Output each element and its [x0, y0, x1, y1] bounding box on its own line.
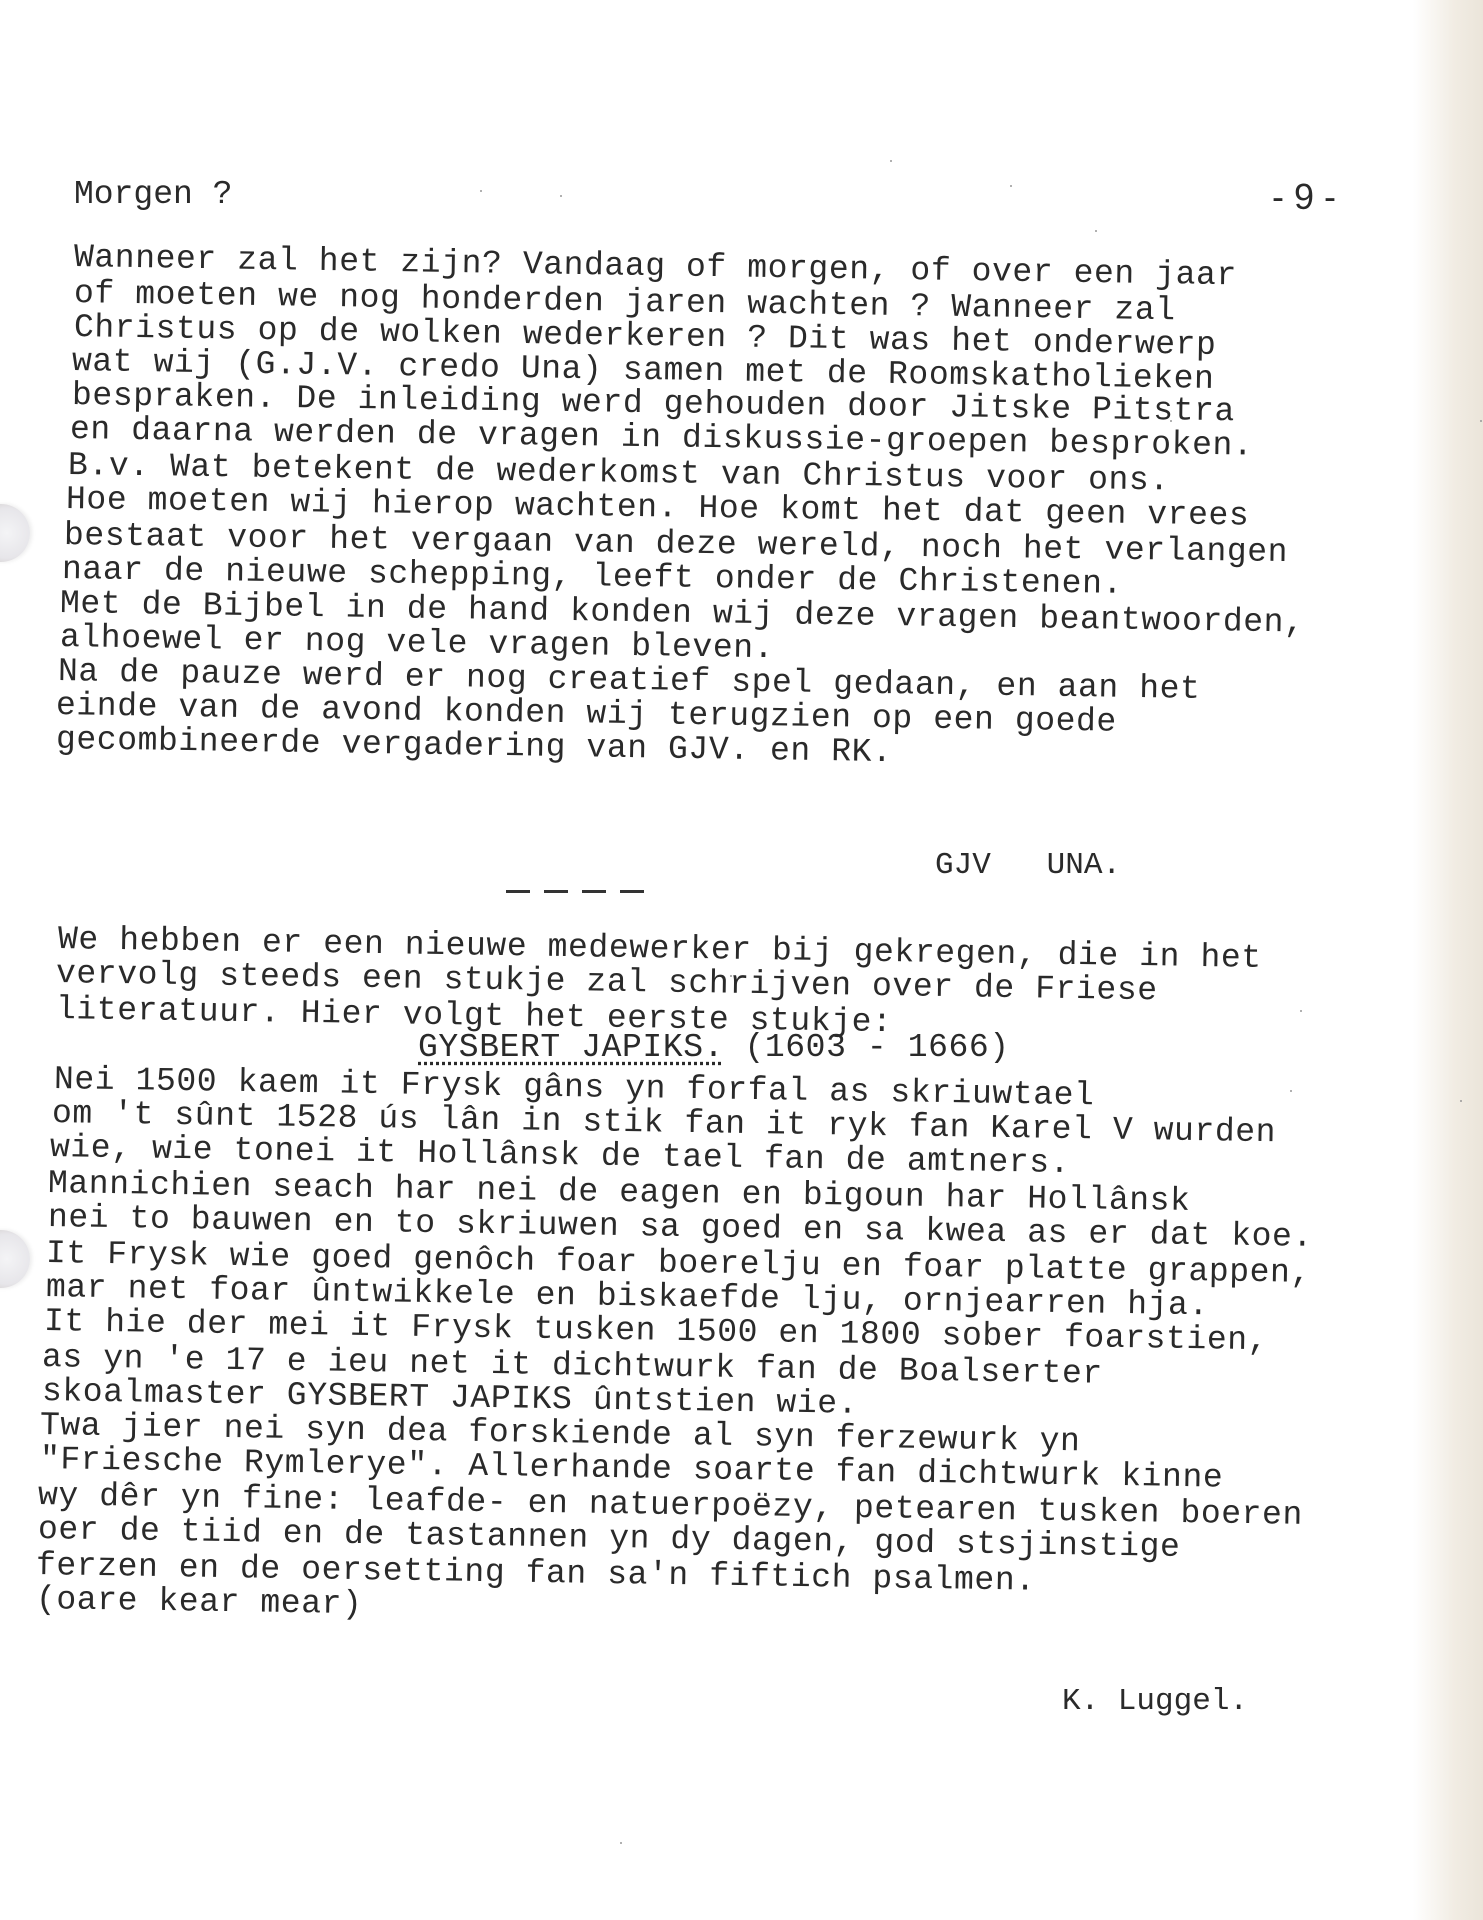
heading-name: GYSBERT JAPIKS.	[418, 1029, 724, 1066]
page-header-title: Morgen ?	[74, 176, 232, 213]
punch-hole	[0, 1230, 30, 1288]
speck	[890, 160, 892, 162]
article2-signature: K. Luggel.	[1062, 1684, 1248, 1719]
speck	[560, 195, 562, 197]
punch-hole	[0, 504, 30, 562]
speck	[1460, 1100, 1462, 1102]
speck	[1095, 230, 1097, 232]
section-divider	[506, 890, 656, 893]
article1-signature: GJV UNA.	[935, 848, 1121, 883]
speck	[480, 190, 482, 192]
speck	[1480, 420, 1482, 422]
speck	[1300, 1010, 1302, 1012]
text-line: (oare kear mear)	[36, 1582, 363, 1623]
speck	[1010, 185, 1012, 187]
speck	[730, 975, 732, 977]
speck	[1170, 420, 1172, 422]
article2-heading: GYSBERT JAPIKS. (1603 - 1666)	[418, 1030, 1010, 1066]
speck	[1290, 1090, 1292, 1092]
speck	[620, 1842, 622, 1844]
page-number: - 9 -	[1272, 176, 1336, 218]
paper-edge-shadow	[1413, 0, 1483, 1920]
heading-years: (1603 - 1666)	[724, 1029, 1010, 1066]
